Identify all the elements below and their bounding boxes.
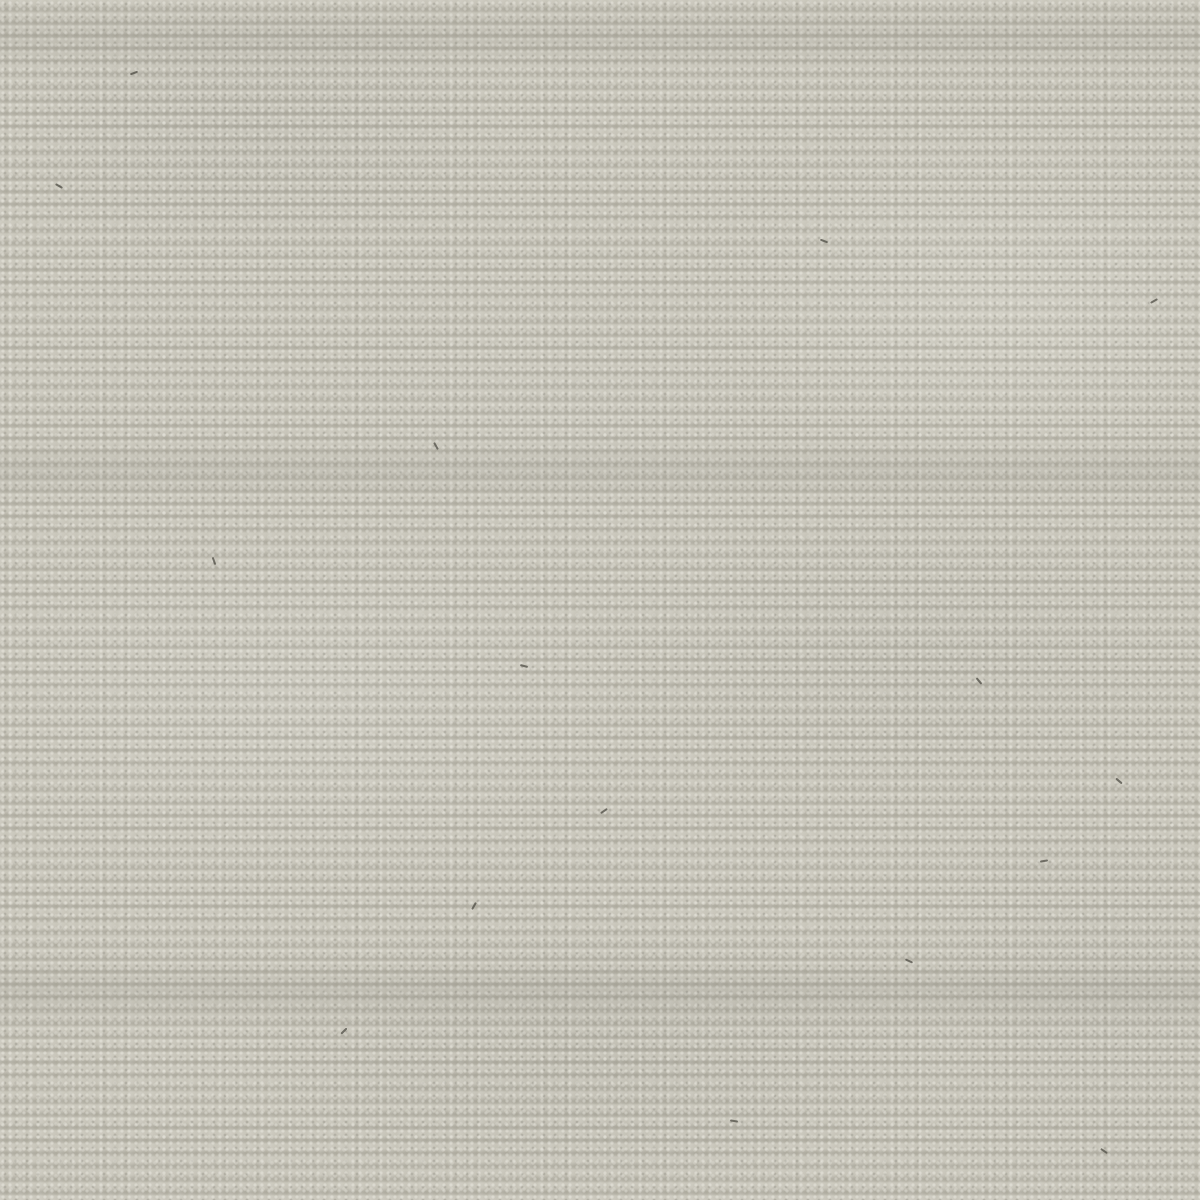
- carpet-texture-photo: [0, 0, 1200, 1200]
- faint-streak-layer: [0, 0, 1200, 1200]
